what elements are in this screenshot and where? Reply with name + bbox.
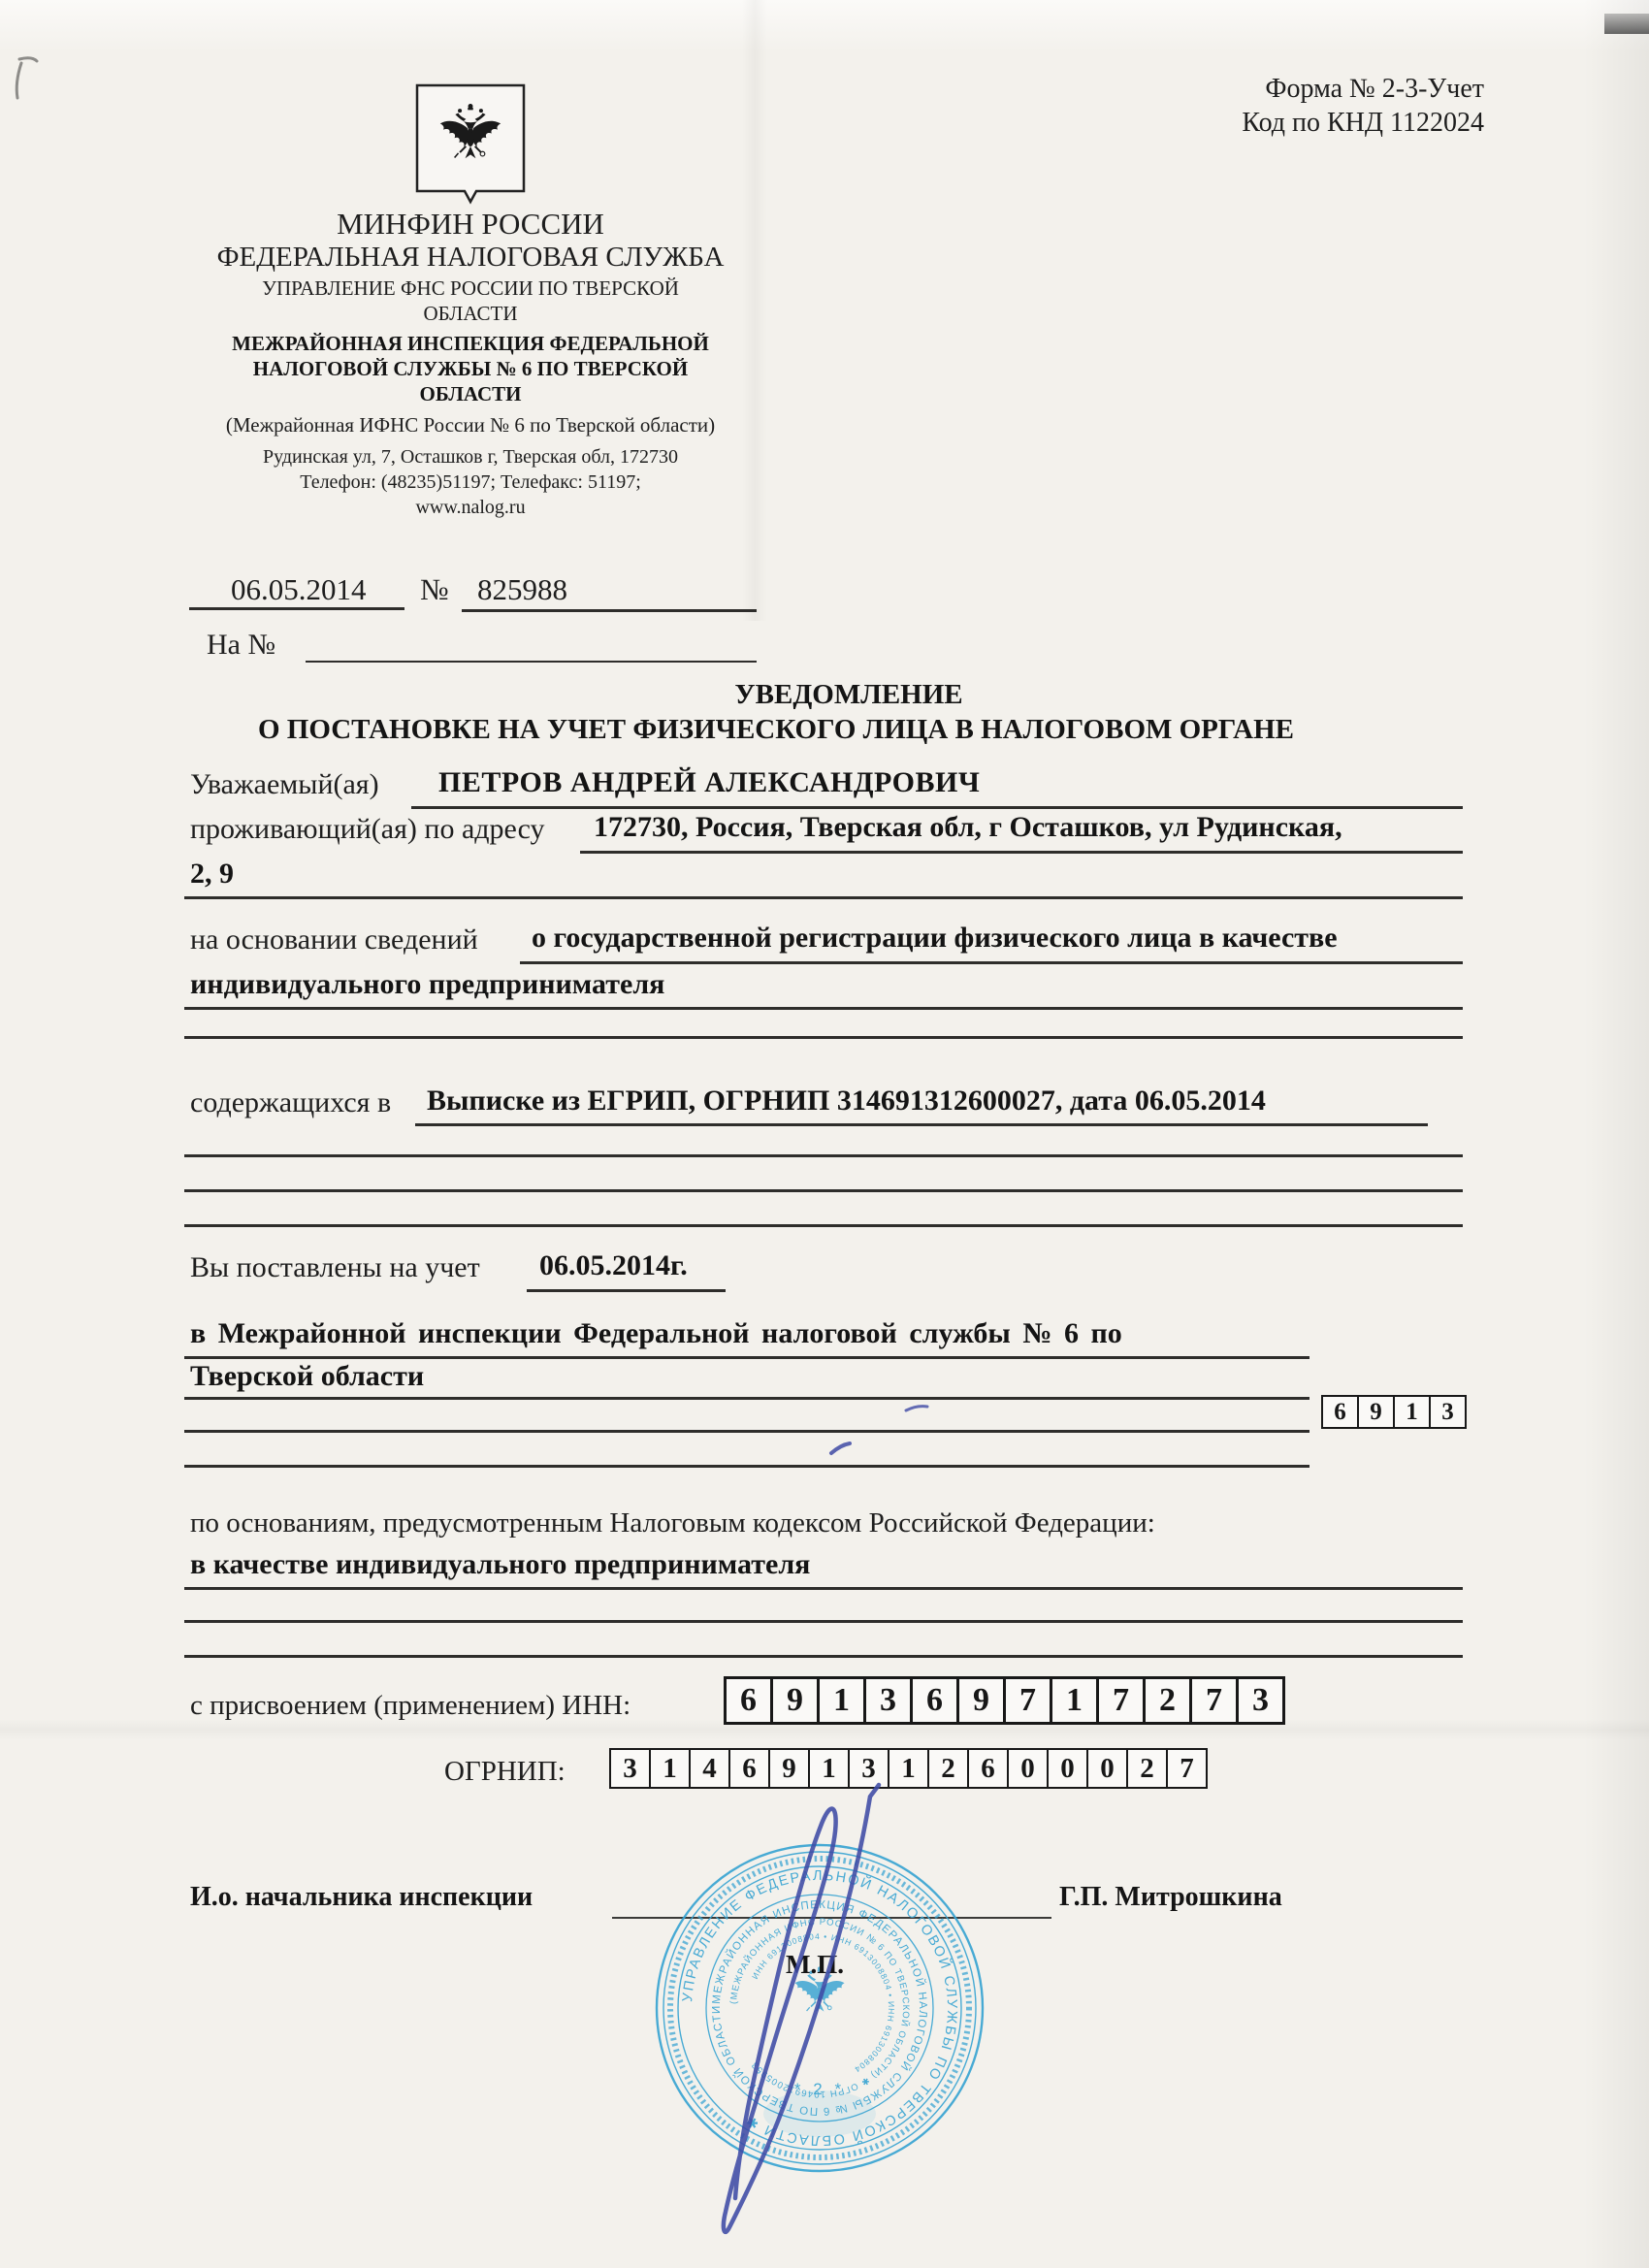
residence-value-line2: 2, 9 bbox=[190, 858, 234, 891]
number-sign: № bbox=[420, 572, 449, 607]
ogrnip-digit: 6 bbox=[967, 1748, 1009, 1789]
inn-digit: 7 bbox=[1003, 1676, 1052, 1725]
inn-digit: 6 bbox=[910, 1676, 959, 1725]
blank-rule-1 bbox=[184, 1036, 1463, 1039]
ogrnip-digit: 0 bbox=[1007, 1748, 1049, 1789]
scanned-tax-notice-document: Форма № 2-3-Учет Код по КНД 1122024 МИНФ… bbox=[0, 0, 1649, 2268]
letterhead-ministry: МИНФИН РОССИИ bbox=[165, 207, 776, 242]
basis-value-line1: о государственной регистрации физическог… bbox=[532, 922, 1338, 956]
letterhead-service: ФЕДЕРАЛЬНАЯ НАЛОГОВАЯ СЛУЖБА bbox=[165, 242, 776, 274]
inspection-code-boxes: 6 9 1 3 bbox=[1321, 1395, 1467, 1429]
contained-label: содержащихся в bbox=[190, 1086, 391, 1120]
registered-date-underline bbox=[527, 1289, 726, 1292]
inspection-name-line1: в Межрайонной инспекции Федеральной нало… bbox=[190, 1317, 1122, 1351]
code-digit: 3 bbox=[1429, 1395, 1467, 1429]
letterhead-short-name: (Межрайонная ИФНС России № 6 по Тверской… bbox=[165, 413, 776, 437]
signer-name: Г.П. Митрошкина bbox=[1059, 1882, 1282, 1913]
inn-digit: 3 bbox=[863, 1676, 913, 1725]
date-underline bbox=[189, 607, 404, 610]
greeting-label: Уважаемый(ая) bbox=[190, 768, 379, 802]
ogrnip-digit: 1 bbox=[649, 1748, 691, 1789]
ogrnip-digit: 1 bbox=[888, 1748, 929, 1789]
letterhead-website: www.nalog.ru bbox=[165, 497, 776, 519]
letterhead-inspection-line2: НАЛОГОВОЙ СЛУЖБЫ № 6 ПО ТВЕРСКОЙ bbox=[165, 357, 776, 380]
knd-code-label: Код по КНД 1122024 bbox=[1115, 108, 1484, 139]
inn-digit: 7 bbox=[1189, 1676, 1239, 1725]
blank-rule-7 bbox=[184, 1620, 1463, 1623]
ogrnip-digit: 1 bbox=[808, 1748, 850, 1789]
inn-boxes: 6 9 1 3 6 9 7 1 7 2 7 3 bbox=[724, 1676, 1285, 1725]
letterhead-inspection-line3: ОБЛАСТИ bbox=[165, 382, 776, 405]
stamp-place-label: М.П. bbox=[786, 1950, 844, 1980]
inn-digit: 9 bbox=[770, 1676, 820, 1725]
ink-speck-1 bbox=[902, 1402, 931, 1415]
ogrnip-digit: 7 bbox=[1166, 1748, 1208, 1789]
registered-date: 06.05.2014г. bbox=[539, 1249, 688, 1283]
inn-digit: 7 bbox=[1096, 1676, 1146, 1725]
letterhead-department-line2: ОБЛАСТИ bbox=[165, 302, 776, 325]
ogrnip-digit: 2 bbox=[927, 1748, 969, 1789]
inn-digit: 6 bbox=[724, 1676, 773, 1725]
stamp-center-number: * 2 * bbox=[794, 2080, 845, 2098]
inn-digit: 1 bbox=[1050, 1676, 1099, 1725]
inn-digit: 3 bbox=[1236, 1676, 1285, 1725]
residence-underline1 bbox=[580, 851, 1463, 854]
letterhead-inspection-line1: МЕЖРАЙОННАЯ ИНСПЕКЦИЯ ФЕДЕРАЛЬНОЙ bbox=[165, 332, 776, 355]
basis-underline2 bbox=[184, 1007, 1463, 1010]
contained-value: Выписке из ЕГРИП, ОГРНИП 314691312600027… bbox=[427, 1085, 1266, 1118]
code-digit: 1 bbox=[1393, 1395, 1431, 1429]
official-round-stamp: УПРАВЛЕНИЕ ФЕДЕРАЛЬНОЙ НАЛОГОВОЙ СЛУЖБЫ … bbox=[652, 1840, 987, 2176]
blank-rule-2 bbox=[184, 1154, 1463, 1157]
inspection-underline1 bbox=[184, 1356, 1309, 1359]
document-title-line2: О ПОСТАНОВКЕ НА УЧЕТ ФИЗИЧЕСКОГО ЛИЦА В … bbox=[179, 714, 1373, 746]
blank-rule-3 bbox=[184, 1189, 1463, 1192]
ogrnip-boxes: 3 1 4 6 9 1 3 1 2 6 0 0 0 2 7 bbox=[609, 1748, 1208, 1789]
person-name: ПЕТРОВ АНДРЕЙ АЛЕКСАНДРОВИЧ bbox=[438, 766, 980, 800]
blank-rule-4 bbox=[184, 1224, 1463, 1227]
paper-edge-shadow bbox=[1583, 0, 1649, 2268]
grounds-underline bbox=[184, 1587, 1463, 1590]
ogrnip-digit: 2 bbox=[1126, 1748, 1168, 1789]
letterhead-phone: Телефон: (48235)51197; Телефакс: 51197; bbox=[165, 471, 776, 494]
ogrnip-digit: 9 bbox=[768, 1748, 810, 1789]
reply-to-label: На № bbox=[207, 629, 275, 663]
scan-top-strip bbox=[0, 0, 1649, 52]
registered-label: Вы поставлены на учет bbox=[190, 1251, 480, 1285]
code-digit: 6 bbox=[1321, 1395, 1359, 1429]
letterhead-address: Рудинская ул, 7, Осташков г, Тверская об… bbox=[165, 446, 776, 469]
basis-label: на основании сведений bbox=[190, 923, 478, 957]
name-underline bbox=[411, 806, 1463, 809]
ogrnip-digit: 4 bbox=[689, 1748, 730, 1789]
document-date: 06.05.2014 bbox=[231, 572, 367, 607]
scan-corner-mark bbox=[1604, 14, 1649, 34]
residence-value-line1: 172730, Россия, Тверская обл, г Осташков… bbox=[594, 811, 1342, 845]
contained-underline bbox=[415, 1123, 1428, 1126]
inn-digit: 2 bbox=[1143, 1676, 1192, 1725]
coat-of-arms-emblem bbox=[414, 82, 527, 211]
document-title-line1: УВЕДОМЛЕНИЕ bbox=[233, 679, 1465, 711]
residence-label: проживающий(ая) по адресу bbox=[190, 813, 545, 847]
pen-scratch-topleft bbox=[8, 53, 56, 112]
ogrnip-digit: 0 bbox=[1086, 1748, 1128, 1789]
inn-digit: 1 bbox=[817, 1676, 866, 1725]
inspection-underline2 bbox=[184, 1397, 1309, 1400]
inspection-name-line2: Тверской области bbox=[190, 1360, 424, 1394]
ogrnip-label: ОГРНИП: bbox=[444, 1756, 566, 1788]
blank-rule-8 bbox=[184, 1655, 1463, 1658]
code-digit: 9 bbox=[1357, 1395, 1395, 1429]
ogrnip-digit: 3 bbox=[609, 1748, 651, 1789]
letterhead-department-line1: УПРАВЛЕНИЕ ФНС РОССИИ ПО ТВЕРСКОЙ bbox=[165, 276, 776, 300]
inn-digit: 9 bbox=[956, 1676, 1006, 1725]
grounds-label: по основаниям, предусмотренным Налоговым… bbox=[190, 1507, 1155, 1539]
document-number: 825988 bbox=[477, 572, 567, 607]
ogrnip-digit: 6 bbox=[728, 1748, 770, 1789]
basis-value-line2: индивидуального предпринимателя bbox=[190, 968, 664, 1002]
ogrnip-digit: 0 bbox=[1047, 1748, 1088, 1789]
ogrnip-digit: 3 bbox=[848, 1748, 889, 1789]
reply-to-underline bbox=[306, 661, 757, 663]
blank-rule-6 bbox=[184, 1465, 1309, 1468]
grounds-value: в качестве индивидуального предпринимате… bbox=[190, 1548, 810, 1582]
ink-speck-2 bbox=[826, 1440, 856, 1457]
residence-underline2 bbox=[184, 896, 1463, 899]
basis-underline1 bbox=[520, 961, 1463, 964]
blank-rule-5 bbox=[184, 1430, 1309, 1433]
signer-position-label: И.о. начальника инспекции bbox=[190, 1882, 533, 1913]
form-number-label: Форма № 2-3-Учет bbox=[1115, 74, 1484, 105]
inn-label: с присвоением (применением) ИНН: bbox=[190, 1690, 630, 1722]
number-underline bbox=[462, 609, 757, 612]
